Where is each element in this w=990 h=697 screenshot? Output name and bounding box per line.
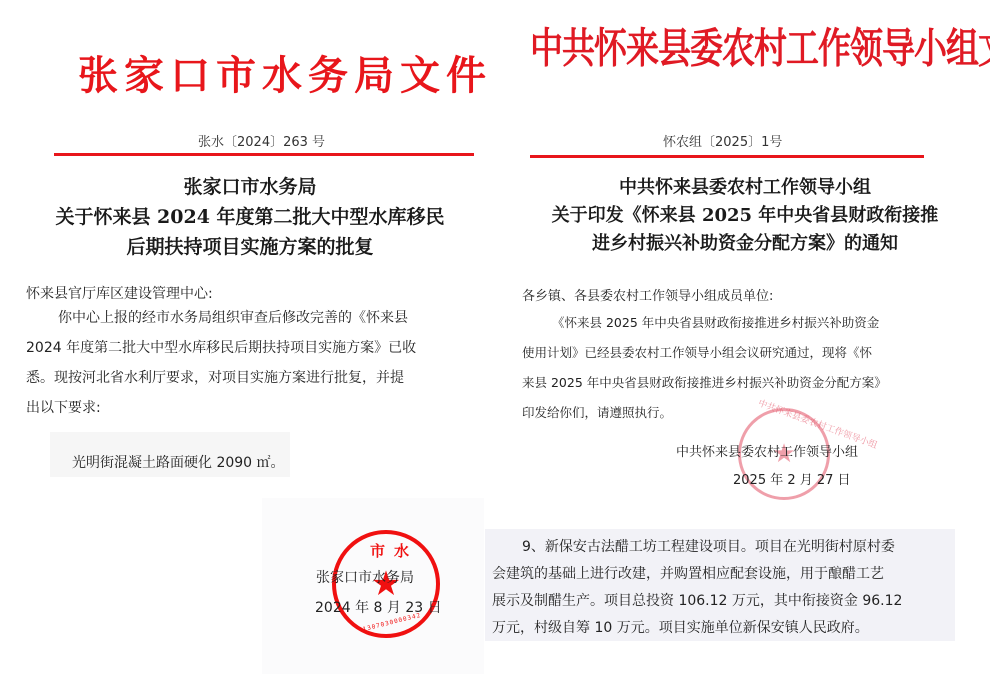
right-signature-org: 中共怀来县委农村工作领导小组 bbox=[676, 441, 858, 460]
excerpt-line: 展示及制醋生产。项目总投资 106.12 万元，其中衔接资金 96.12 bbox=[492, 588, 902, 615]
right-body-paragraph: 《怀来县 2025 年中央省县财政衔接推进乡村振兴补助资金 使用计划》已经县委农… bbox=[522, 308, 887, 428]
left-red-divider bbox=[54, 153, 474, 156]
right-body-line: 使用计划》已经县委农村工作领导小组会议研究通过，现将《怀 bbox=[522, 338, 887, 368]
left-body-paragraph: 你中心上报的经市水务局组织审查后修改完善的《怀来县 2024 年度第二批大中型水… bbox=[26, 303, 416, 423]
left-body-line: 出以下要求: bbox=[26, 393, 416, 423]
right-title-line: 关于印发《怀来县 2025 年中央省县财政衔接推 bbox=[500, 202, 990, 230]
left-document-title: 张家口市水务局 关于怀来县 2024 年度第二批大中型水库移民 后期扶持项目实施… bbox=[0, 172, 500, 262]
left-title-line: 张家口市水务局 bbox=[0, 172, 500, 202]
stamp-char: 水 bbox=[394, 540, 409, 561]
left-signature-date: 2024 年 8 月 23 日 bbox=[315, 597, 442, 617]
right-red-header: 中共怀来县委农村工作领导小组文件 bbox=[530, 16, 990, 75]
excerpt-line: 会建筑的基础上进行改建，并购置相应配套设施，用于酿醋工艺 bbox=[492, 561, 902, 588]
right-body-line: 《怀来县 2025 年中央省县财政衔接推进乡村振兴补助资金 bbox=[522, 308, 887, 338]
right-title-line: 中共怀来县委农村工作领导小组 bbox=[500, 174, 990, 202]
left-body-line: 悉。现按河北省水利厅要求，对项目实施方案进行批复，并提 bbox=[26, 363, 416, 393]
left-body-line: 2024 年度第二批大中型水库移民后期扶持项目实施方案》已收 bbox=[26, 333, 416, 363]
right-title-line: 进乡村振兴补助资金分配方案》的通知 bbox=[500, 230, 990, 258]
right-excerpt-paragraph: 9、新保安古法醋工坊工程建设项目。项目在光明街村原村委 会建筑的基础上进行改建，… bbox=[492, 534, 902, 642]
excerpt-line: 9、新保安古法醋工坊工程建设项目。项目在光明街村原村委 bbox=[492, 534, 902, 561]
right-red-divider bbox=[530, 155, 924, 158]
left-body-line: 你中心上报的经市水务局组织审查后修改完善的《怀来县 bbox=[26, 303, 416, 333]
left-excerpt-item: 光明街混凝土路面硬化 2090 ㎡。 bbox=[72, 448, 285, 478]
left-title-line: 关于怀来县 2024 年度第二批大中型水库移民 bbox=[0, 202, 500, 232]
left-doc-number: 张水〔2024〕263 号 bbox=[198, 131, 325, 150]
right-body-line: 来县 2025 年中央省县财政衔接推进乡村振兴补助资金分配方案》 bbox=[522, 368, 887, 398]
right-document-title: 中共怀来县委农村工作领导小组 关于印发《怀来县 2025 年中央省县财政衔接推 … bbox=[500, 174, 990, 258]
right-signature-date: 2025 年 2 月 27 日 bbox=[733, 469, 851, 488]
right-doc-number: 怀农组〔2025〕1号 bbox=[663, 131, 782, 150]
excerpt-line: 万元，村级自筹 10 万元。项目实施单位新保安镇人民政府。 bbox=[492, 615, 902, 642]
left-red-header: 张家口市水务局文件 bbox=[78, 44, 492, 101]
left-signature-org: 张家口市水务局 bbox=[316, 567, 414, 587]
left-title-line: 后期扶持项目实施方案的批复 bbox=[0, 232, 500, 262]
stamp-char: 市 bbox=[370, 540, 385, 561]
